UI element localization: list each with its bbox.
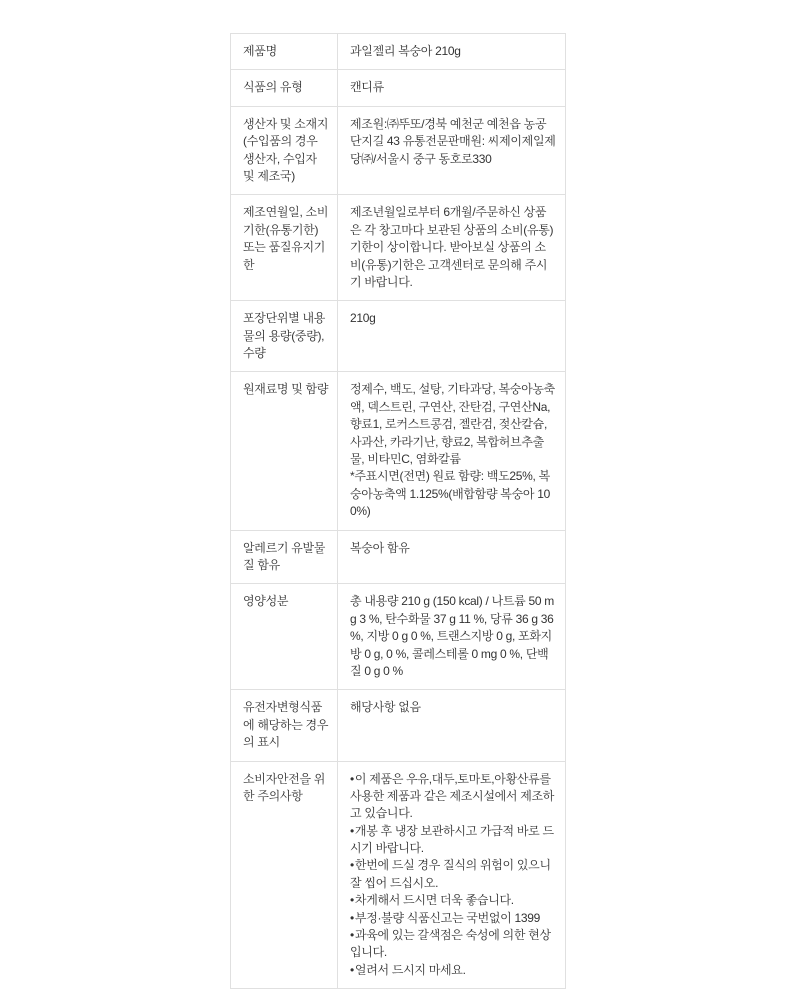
row-value: 제조원:㈜뚜또/경북 예천군 예천읍 농공단지길 43 유통전문판매원: 씨제이…	[338, 106, 566, 195]
row-value: 제조년월일로부터 6개월/주문하신 상품은 각 창고마다 보관된 상품의 소비(…	[338, 195, 566, 301]
table-row-gmo: 유전자변형식품에 해당하는 경우의 표시 해당사항 없음	[231, 690, 566, 761]
row-label: 유전자변형식품에 해당하는 경우의 표시	[231, 690, 338, 761]
table-row-package-volume: 포장단위별 내용물의 용량(중량), 수량 210g	[231, 301, 566, 372]
table-row-nutrition: 영양성분 총 내용량 210 g (150 kcal) / 나트륨 50 mg …	[231, 584, 566, 690]
row-label: 식품의 유형	[231, 70, 338, 106]
row-value: 총 내용량 210 g (150 kcal) / 나트륨 50 mg 3 %, …	[338, 584, 566, 690]
row-value: 210g	[338, 301, 566, 372]
product-info-section: 제품명 과일젤리 복숭아 210g 식품의 유형 캔디류 생산자 및 소재지(수…	[230, 33, 566, 989]
row-label: 영양성분	[231, 584, 338, 690]
safety-notice-item: 이 제품은 우유,대두,토마토,아황산류를 사용한 제품과 같은 제조시설에서 …	[350, 771, 557, 823]
safety-notice-item: 한번에 드실 경우 질식의 위험이 있으니 잘 씹어 드십시오.	[350, 857, 557, 892]
table-row-ingredients: 원재료명 및 함량 정제수, 백도, 설탕, 기타과당, 복숭아농축액, 덱스트…	[231, 372, 566, 530]
safety-notice-item: 과육에 있는 갈색점은 숙성에 의한 현상입니다.	[350, 927, 557, 962]
table-row-food-type: 식품의 유형 캔디류	[231, 70, 566, 106]
row-label: 생산자 및 소재지(수입품의 경우 생산자, 수입자 및 제조국)	[231, 106, 338, 195]
row-value: 이 제품은 우유,대두,토마토,아황산류를 사용한 제품과 같은 제조시설에서 …	[338, 761, 566, 989]
row-value: 과일젤리 복숭아 210g	[338, 34, 566, 70]
row-label: 제조연월일, 소비기한(유통기한) 또는 품질유지기한	[231, 195, 338, 301]
row-label: 알레르기 유발물질 함유	[231, 530, 338, 584]
row-label: 소비자안전을 위한 주의사항	[231, 761, 338, 989]
product-info-table: 제품명 과일젤리 복숭아 210g 식품의 유형 캔디류 생산자 및 소재지(수…	[230, 33, 566, 989]
row-value: 해당사항 없음	[338, 690, 566, 761]
row-value: 캔디류	[338, 70, 566, 106]
table-row-allergens: 알레르기 유발물질 함유 복숭아 함유	[231, 530, 566, 584]
safety-notice-item: 개봉 후 냉장 보관하시고 가급적 바로 드시기 바랍니다.	[350, 823, 557, 858]
table-row-producer-location: 생산자 및 소재지(수입품의 경우 생산자, 수입자 및 제조국) 제조원:㈜뚜…	[231, 106, 566, 195]
row-value: 정제수, 백도, 설탕, 기타과당, 복숭아농축액, 덱스트린, 구연산, 잔탄…	[338, 372, 566, 530]
table-row-product-name: 제품명 과일젤리 복숭아 210g	[231, 34, 566, 70]
ingredients-list-text: 정제수, 백도, 설탕, 기타과당, 복숭아농축액, 덱스트린, 구연산, 잔탄…	[350, 381, 557, 468]
safety-notice-list: 이 제품은 우유,대두,토마토,아황산류를 사용한 제품과 같은 제조시설에서 …	[350, 771, 557, 980]
safety-notice-item: 차게해서 드시면 더욱 좋습니다.	[350, 892, 557, 909]
row-label: 포장단위별 내용물의 용량(중량), 수량	[231, 301, 338, 372]
row-label: 원재료명 및 함량	[231, 372, 338, 530]
safety-notice-item: 부정·불량 식품신고는 국번없이 1399	[350, 910, 557, 927]
safety-notice-item: 얼려서 드시지 마세요.	[350, 962, 557, 979]
ingredients-note: *주표시면(전면) 원료 함량: 백도25%, 복숭아농축액 1.125%(배합…	[350, 468, 557, 520]
row-value: 복숭아 함유	[338, 530, 566, 584]
row-label: 제품명	[231, 34, 338, 70]
table-row-safety-notice: 소비자안전을 위한 주의사항 이 제품은 우유,대두,토마토,아황산류를 사용한…	[231, 761, 566, 989]
table-row-expiration: 제조연월일, 소비기한(유통기한) 또는 품질유지기한 제조년월일로부터 6개월…	[231, 195, 566, 301]
